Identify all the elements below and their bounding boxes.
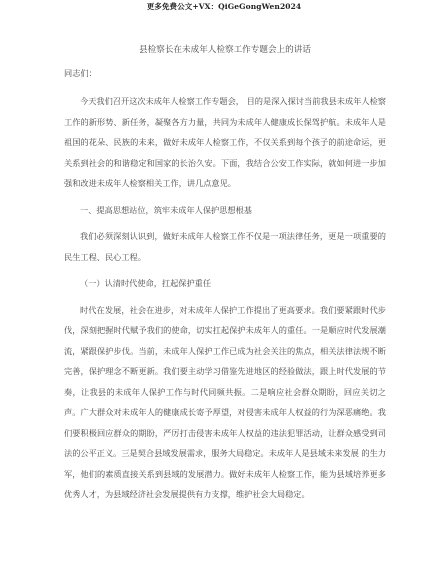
subsection-heading-1: （一）认清时代使命，扛起保护重任 bbox=[64, 273, 386, 294]
paragraph-era-mission: 时代在发展，社会在进步，对未成年人保护工作提出了更高要求。我们要紧跟时代步伐，深… bbox=[64, 300, 386, 505]
watermark-header: 更多免费公文+VX：QiGeGongWen2024 bbox=[0, 1, 448, 12]
section-heading-1: 一、提高思想站位，筑牢未成年人保护思想根基 bbox=[64, 200, 386, 221]
greeting: 同志们： bbox=[64, 67, 386, 79]
paragraph-awareness: 我们必须深刻认识到，做好未成年人检察工作不仅是一项法律任务，更是一项重要的民生工… bbox=[64, 226, 386, 267]
paragraph-intro: 今天我们召开这次未成年人检察工作专题会， 目的是深入探讨当前我县未成年人检察 工… bbox=[64, 91, 386, 194]
document-title: 县检察长在未成年人检察工作专题会上的讲话 bbox=[64, 44, 386, 56]
document-page: 县检察长在未成年人检察工作专题会上的讲话 同志们： 今天我们召开这次未成年人检察… bbox=[64, 44, 386, 505]
